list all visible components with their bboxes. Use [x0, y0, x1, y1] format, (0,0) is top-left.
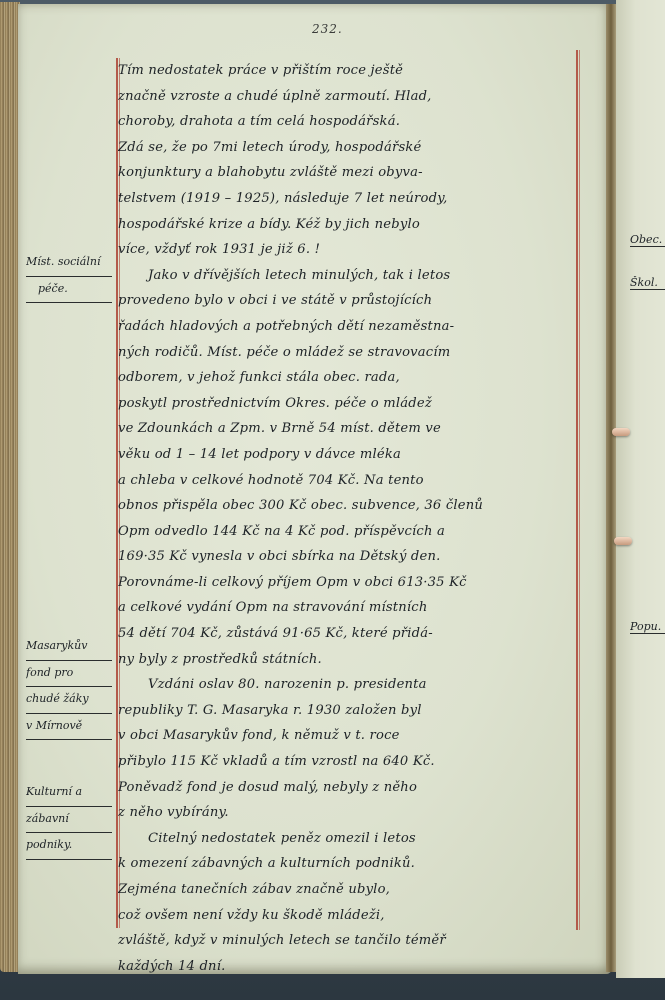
text-line: konjunktury a blahobytu zvláště mezi oby…: [118, 160, 576, 186]
text-line: a chleba v celkové hodnotě 704 Kč. Na te…: [118, 468, 576, 494]
text-line: řadách hladových a potřebných dětí nezam…: [118, 314, 576, 340]
text-line: zvláště, když v minulých letech se tanči…: [118, 928, 576, 954]
text-line: každých 14 dní.: [118, 954, 576, 980]
margin-heading-line: chudé žáky: [26, 687, 112, 714]
text-line: republiky T. G. Masaryka r. 1930 založen…: [118, 698, 576, 724]
text-line: provedeno bylo v obci i ve státě v průst…: [118, 288, 576, 314]
margin-heading-cultural-events: Kulturní a zábavní podniky.: [26, 780, 112, 860]
margin-heading-line: Míst. sociální: [26, 250, 112, 277]
text-line: Opm odvedlo 144 Kč na 4 Kč pod. příspěvc…: [118, 519, 576, 545]
text-line: choroby, drahota a tím celá hospodářská.: [118, 109, 576, 135]
facing-page-heading: Škol.: [630, 276, 665, 290]
text-line: 54 dětí 704 Kč, zůstává 91·65 Kč, které …: [118, 621, 576, 647]
body-text: Tím nedostatek práce v přištím roce ješt…: [118, 58, 576, 979]
margin-heading-line: Kulturní a: [26, 780, 112, 807]
text-line: Porovnáme-li celkový příjem Opm v obci 6…: [118, 570, 576, 596]
text-line: Jako v dřívějších letech minulých, tak i…: [118, 263, 576, 289]
right-margin-rule: [576, 50, 578, 930]
text-line: ny byly z prostředků státních.: [118, 647, 576, 673]
text-line: v obci Masarykův fond, k němuž v t. roce: [118, 723, 576, 749]
text-line: Vzdáni oslav 80. narozenin p. presidenta: [118, 672, 576, 698]
text-line: Zdá se, že po 7mi letech úrody, hospodář…: [118, 135, 576, 161]
margin-heading-line: podniky.: [26, 833, 112, 860]
margin-heading-line: péče.: [26, 277, 112, 304]
page-number: 232.: [312, 22, 343, 36]
margin-heading-masaryk-fund: Masarykův fond pro chudé žáky v Mírnově: [26, 634, 112, 740]
text-line: více, vždyť rok 1931 je již 6. !: [118, 237, 576, 263]
text-line: ve Zdounkách a Zpm. v Brně 54 míst. děte…: [118, 416, 576, 442]
margin-heading-line: Masarykův: [26, 634, 112, 661]
text-line: poskytl prostřednictvím Okres. péče o ml…: [118, 391, 576, 417]
text-line: věku od 1 – 14 let podpory v dávce mléka: [118, 442, 576, 468]
right-margin-rule-inner: [579, 50, 580, 930]
margin-heading-line: zábavní: [26, 807, 112, 834]
margin-heading-line: v Mírnově: [26, 714, 112, 741]
text-line: obnos přispěla obec 300 Kč obec. subvenc…: [118, 493, 576, 519]
text-line: Zejména tanečních zábav značně ubylo,: [118, 877, 576, 903]
text-line: Poněvadž fond je dosud malý, nebyly z ně…: [118, 775, 576, 801]
text-line: Citelný nedostatek peněz omezil i letos: [118, 826, 576, 852]
text-line: Tím nedostatek práce v přištím roce ješt…: [118, 58, 576, 84]
margin-heading-line: fond pro: [26, 661, 112, 688]
facing-page-heading: Popu.: [630, 620, 665, 634]
text-line: hospodářské krize a bídy. Kéž by jich ne…: [118, 212, 576, 238]
text-line: přibylo 115 Kč vkladů a tím vzrostl na 6…: [118, 749, 576, 775]
text-line: k omezení zábavných a kulturních podniků…: [118, 851, 576, 877]
text-line: z něho vybírány.: [118, 800, 576, 826]
text-line: 169·35 Kč vynesla v obci sbírka na Dětsk…: [118, 544, 576, 570]
text-line: a celkové vydání Opm na stravování místn…: [118, 595, 576, 621]
margin-heading-social-care: Míst. sociální péče.: [26, 250, 112, 303]
text-line: značně vzroste a chudé úplně zarmoutí. H…: [118, 84, 576, 110]
binding-thread: [612, 428, 630, 436]
text-line: telstvem (1919 – 1925), následuje 7 let …: [118, 186, 576, 212]
binding-thread: [614, 537, 632, 545]
text-line: což ovšem není vždy ku škodě mládeži,: [118, 903, 576, 929]
facing-page: [616, 0, 665, 978]
text-line: ných rodičů. Míst. péče o mládež se stra…: [118, 340, 576, 366]
page-edges: [0, 2, 20, 972]
facing-page-heading: Obec.: [630, 233, 665, 247]
book-spine: [606, 4, 616, 972]
text-line: odborem, v jehož funkci stála obec. rada…: [118, 365, 576, 391]
